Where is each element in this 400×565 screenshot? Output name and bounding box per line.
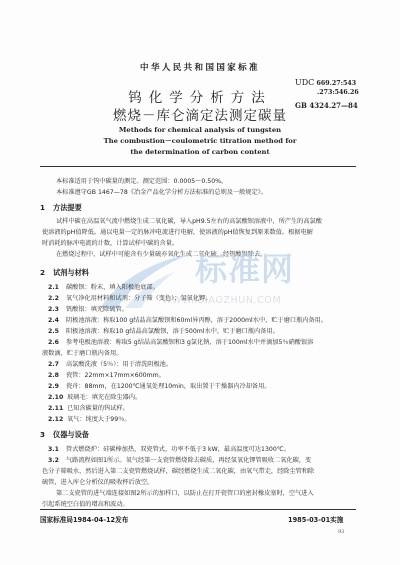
title-en: Methods for chemical analysis of tungste… bbox=[0, 125, 400, 158]
item-number: 2.7 bbox=[48, 361, 66, 369]
effective-date: 1985-03-01实施 bbox=[288, 514, 343, 524]
item-number: 2.10 bbox=[48, 394, 67, 402]
section-1-para-1-line: 使溶液的pH值降低。通以电量一定的脉冲电流进行电解，使溶液的pH值恢复到原来数值… bbox=[42, 229, 313, 237]
item-text: 阳极池溶液：称取10 g结晶高氯酸钡，溶于500ml水中，贮于磨口瓶内备用。 bbox=[66, 328, 279, 335]
item-number: 2.3 bbox=[48, 306, 66, 314]
item-2-1: 2.1碳酸钡：粉末，填入阳极池底部。 bbox=[48, 284, 159, 292]
item-number: 2.5 bbox=[48, 328, 66, 336]
item-text: 钒酸银：填充除硫管。 bbox=[66, 306, 128, 313]
title-en-line: The combustion－coulometric titration met… bbox=[0, 136, 400, 147]
item-2-4: 2.4阴极池溶液：称取100 g结晶高氯酸钡和60ml异丙醇，溶于2000ml水… bbox=[48, 317, 327, 325]
item-3-2: 3.2气路流程如图1所示。氧气经第一支瓷管燃烧除去碳质，再经氢氧化钾管吸收二氧化… bbox=[48, 457, 311, 465]
header-divider bbox=[40, 166, 356, 167]
item-number: 2.6 bbox=[48, 339, 66, 347]
section-3-trailing-line: 引起系统空白值的增高和波动。 bbox=[42, 501, 129, 509]
item-number: 3.1 bbox=[48, 446, 66, 454]
item-text: 已知含碳量的钨试样。 bbox=[67, 405, 129, 412]
item-text: 参考电极池溶液：称取5 g结晶高氯酸钡和3 g氯化钠，溶于100ml水中并滴加5… bbox=[66, 339, 313, 346]
item-text: 高氯酸洗液（5％）：用于清洗阴极池。 bbox=[66, 361, 172, 368]
intro-scope: 本标准适用于钨中碳量的测定。测定范围：0.0005～0.50%。 bbox=[56, 178, 227, 186]
item-2-5: 2.5阳极池溶液：称取10 g结晶高氯酸钡，溶于500ml水中，贮于磨口瓶内备用… bbox=[48, 328, 279, 336]
item-2-2: 2.2氧气净化用材料和试剂：分子筛（变色）；氢氧化钾。 bbox=[48, 295, 211, 303]
item-text: 氧气净化用材料和试剂：分子筛（变色）；氢氧化钾。 bbox=[66, 295, 211, 302]
document-page: 中华人民共和国国家标准 UDC 669.27:543 .273:546.26 G… bbox=[0, 0, 400, 565]
item-3-2-cont: 色分子筛吸水，然后进入第二支瓷管燃烧试样，碳经燃烧生成二氧化碳，由氧气带走，经除… bbox=[42, 468, 314, 476]
item-number: 2.12 bbox=[48, 416, 67, 424]
section-3-heading: 3仪器与设备 bbox=[40, 430, 89, 440]
section-1-para-1-line: 时消耗的脉冲电流的计数，计算试样中碳的含量。 bbox=[42, 240, 178, 248]
country-standard-title: 中华人民共和国国家标准 bbox=[0, 61, 400, 73]
item-number: 3.2 bbox=[48, 457, 66, 465]
title-zh-line1: 钨化学分析方法 bbox=[0, 86, 400, 106]
section-1-heading: 1方法提要 bbox=[40, 203, 82, 213]
item-text: 氧气：纯度大于99％。 bbox=[67, 416, 131, 423]
issued-date: 国家标准局1984-04-12发布 bbox=[40, 514, 128, 524]
item-number: 2.11 bbox=[48, 405, 67, 413]
page-number: 93 bbox=[338, 529, 344, 535]
section-number: 2 bbox=[40, 268, 53, 277]
item-number: 2.2 bbox=[48, 295, 66, 303]
item-text: 玻璃毛：填充在除尘器内。 bbox=[67, 394, 141, 401]
watermark-brand: 标准网 bbox=[195, 244, 294, 290]
item-text: 瓷舟：88mm，在1200℃通氧处理10min，取出置于干燥器内冷却备用。 bbox=[66, 383, 270, 390]
item-2-8: 2.8瓷管：22mm×17mm×600mm。 bbox=[48, 372, 165, 380]
item-2-6: 2.6参考电极池溶液：称取5 g结晶高氯酸钡和3 g氯化钠，溶于100ml水中并… bbox=[48, 339, 313, 347]
item-number: 2.1 bbox=[48, 284, 66, 292]
item-2-3: 2.3钒酸银：填充除硫管。 bbox=[48, 306, 128, 314]
title-en-line: the determination of carbon content bbox=[0, 147, 400, 158]
section-2-heading: 2试剂与材料 bbox=[40, 268, 89, 278]
section-title: 方法提要 bbox=[53, 203, 82, 212]
title-zh-line2: 燃烧－库仑滴定法测定碳量 bbox=[0, 104, 400, 124]
section-number: 1 bbox=[40, 203, 53, 212]
item-3-1: 3.1管式燃烧炉：硅碳棒加热，双瓷管式，功率不低于3 kW，最高温度可达1300… bbox=[48, 446, 290, 454]
item-text: 管式燃烧炉：硅碳棒加热，双瓷管式，功率不低于3 kW，最高温度可达1300℃。 bbox=[66, 446, 290, 453]
item-2-7: 2.7高氯酸洗液（5％）：用于清洗阴极池。 bbox=[48, 361, 172, 369]
item-2-10: 2.10玻璃毛：填充在除尘器内。 bbox=[48, 394, 141, 402]
item-text: 瓷管：22mm×17mm×600mm。 bbox=[66, 372, 165, 379]
item-number: 2.8 bbox=[48, 372, 66, 380]
item-2-9: 2.9瓷舟：88mm，在1200℃通氧处理10min，取出置于干燥器内冷却备用。 bbox=[48, 383, 270, 391]
item-3-2-cont: 硫管，进入库仑分析仪的吸收杯后放空。 bbox=[42, 479, 153, 487]
item-2-11: 2.11已知含碳量的钨试样。 bbox=[48, 405, 129, 413]
item-text: 气路流程如图1所示。氧气经第一支瓷管燃烧除去碳质，再经氢氧化钾管吸收二氧化碳，变 bbox=[66, 457, 311, 464]
item-number: 2.4 bbox=[48, 317, 66, 325]
item-text: 阴极池溶液：称取100 g结晶高氯酸钡和60ml异丙醇，溶于2000ml水中，贮… bbox=[66, 317, 327, 324]
item-2-6-cont: 液数滴，贮于磨口瓶内备用。 bbox=[42, 350, 122, 358]
item-2-12: 2.12氧气：纯度大于99％。 bbox=[48, 416, 131, 424]
intro-compliance: 本标准遵守GB 1467—78《冶金产品化学分析方法标准的总则及一般规定》。 bbox=[56, 189, 267, 197]
title-en-line: Methods for chemical analysis of tungste… bbox=[0, 125, 400, 136]
section-title: 试剂与材料 bbox=[53, 268, 89, 277]
section-title: 仪器与设备 bbox=[53, 430, 89, 439]
footer-divider bbox=[40, 509, 356, 510]
item-number: 2.9 bbox=[48, 383, 66, 391]
section-number: 3 bbox=[40, 430, 53, 439]
item-text: 碳酸钡：粉末，填入阳极池底部。 bbox=[66, 284, 159, 291]
section-1-para-1-line: 试样中碳在高温氧气流中燃烧生成二氧化碳，导入pH9.5左右的高氯酸钡溶液中，所产… bbox=[56, 218, 322, 226]
section-3-trailing-line: 第二支瓷管的进气端连接如图2所示的加样口，以防止在打开瓷管口的密封橡皮塞时，空气… bbox=[56, 490, 314, 498]
